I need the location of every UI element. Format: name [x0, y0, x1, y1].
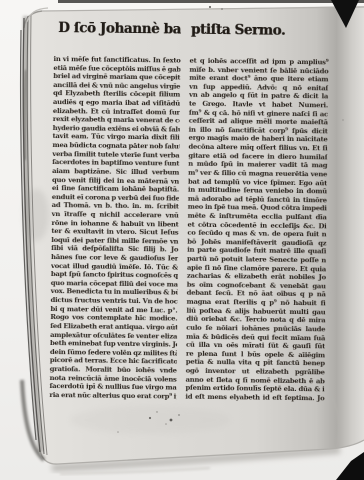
paper-mottling: [70, 406, 230, 434]
upper-left-edge-clump: [24, 70, 26, 160]
bottom-right-dark-wedge: [336, 452, 364, 480]
text-column-right: et q iohēs acceſſit ad ipm p amplius⁹mīſ…: [185, 57, 328, 403]
text-column-left: in vi mēſe fut ſanctificatus. In ſextoet…: [49, 55, 180, 401]
running-title-right: ptiſta Sermo.: [191, 22, 334, 41]
text-line: ria erat nūc alterius quo erat corp⁹ ipī: [49, 391, 176, 401]
text-line: id eſt mens elyabeth id eſt ſeptima. Jo: [185, 392, 324, 402]
text-columns: in vi mēſe fut ſanctificatus. In ſextoet…: [49, 55, 333, 403]
printed-text-block: D ſcō Johannè ba ptiſta Sermo. in vi mēſ…: [49, 20, 334, 403]
running-title: D ſcō Johannè ba ptiſta Sermo.: [54, 20, 334, 40]
running-title-left: D ſcō Johannè ba: [54, 20, 181, 39]
book-scan-photo: D ſcō Johannè ba ptiſta Sermo. in vi mēſ…: [0, 0, 364, 480]
